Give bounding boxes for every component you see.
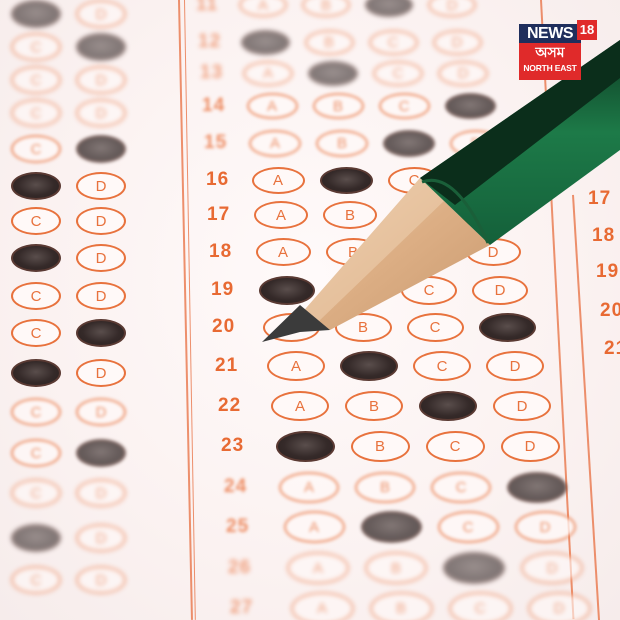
answer-bubble-d[interactable]: D <box>501 431 560 462</box>
answer-bubble-a[interactable]: A <box>287 552 349 584</box>
answer-bubble-c[interactable]: C <box>11 439 61 467</box>
answer-bubble-b[interactable]: B <box>335 313 392 342</box>
question-number: 12 <box>198 31 221 53</box>
answer-bubble-c[interactable]: C <box>11 359 61 387</box>
answer-bubble-a[interactable]: A <box>259 276 315 305</box>
answer-bubble-c[interactable]: C <box>431 472 491 503</box>
answer-bubble-b[interactable]: B <box>365 552 427 584</box>
question-number: 25 <box>226 516 249 538</box>
answer-bubble-c[interactable]: C <box>369 30 418 55</box>
answer-bubble-a[interactable]: A <box>267 351 325 381</box>
answer-bubble-b[interactable]: B <box>340 351 398 381</box>
answer-bubble-d[interactable]: D <box>486 351 544 381</box>
answer-bubble-c[interactable]: C <box>11 319 61 347</box>
answer-bubble-c[interactable]: C <box>449 592 512 620</box>
question-number: 13 <box>200 62 223 84</box>
answer-bubble-a[interactable]: A <box>249 130 301 157</box>
answer-bubble-c[interactable]: C <box>426 431 485 462</box>
answer-bubble-d[interactable]: D <box>528 592 591 620</box>
answer-bubble-c[interactable]: C <box>413 351 471 381</box>
answer-bubble-d[interactable]: D <box>76 282 126 310</box>
answer-bubble-d[interactable]: D <box>76 66 126 94</box>
answer-bubble-d[interactable]: D <box>450 130 502 157</box>
answer-bubble-a[interactable]: A <box>279 472 339 503</box>
answer-bubble-b[interactable]: B <box>326 238 381 266</box>
question-number: 19 <box>596 261 619 283</box>
answer-bubble-d[interactable]: D <box>433 30 482 55</box>
answer-bubble-c[interactable]: C <box>392 201 446 229</box>
logo-region-block: অসম NORTH EAST <box>519 43 581 80</box>
logo-script: অসম <box>519 43 581 61</box>
question-number: 16 <box>206 169 229 191</box>
answer-bubble-c[interactable]: C <box>11 207 61 235</box>
answer-bubble-d[interactable]: D <box>507 472 567 503</box>
logo-badge: 18 <box>577 20 597 40</box>
answer-bubble-d[interactable]: D <box>515 511 576 543</box>
answer-bubble-d[interactable]: D <box>76 359 126 387</box>
answer-bubble-d[interactable]: D <box>76 33 126 61</box>
question-number: 22 <box>218 395 241 417</box>
question-number: 23 <box>221 435 244 457</box>
logo-brand: NEWS <box>519 24 581 43</box>
answer-bubble-a[interactable]: A <box>276 431 335 462</box>
answer-bubble-d[interactable]: D <box>76 479 126 507</box>
question-number: 15 <box>204 132 227 154</box>
sheet-rule-line <box>572 195 600 620</box>
answer-bubble-c[interactable]: C <box>11 135 61 163</box>
answer-bubble-c[interactable]: C <box>11 524 61 552</box>
answer-sheet: 11ABCD12ABCD13ABCD14ABCD15ABCD16ABCD17AB… <box>0 0 620 620</box>
answer-bubble-b[interactable]: B <box>351 431 410 462</box>
answer-bubble-d[interactable]: D <box>76 207 126 235</box>
answer-bubble-d[interactable]: D <box>479 313 536 342</box>
answer-bubble-d[interactable]: D <box>76 439 126 467</box>
question-number: 18 <box>209 241 232 263</box>
answer-bubble-b[interactable]: B <box>316 130 368 157</box>
answer-bubble-c[interactable]: C <box>11 172 61 200</box>
answer-bubble-b[interactable]: B <box>355 472 415 503</box>
answer-bubble-d[interactable]: D <box>76 0 126 28</box>
answer-bubble-b[interactable]: B <box>370 592 433 620</box>
answer-bubble-d[interactable]: D <box>438 61 488 86</box>
answer-bubble-b[interactable]: B <box>313 93 364 119</box>
answer-bubble-a[interactable]: A <box>243 61 293 86</box>
answer-bubble-d[interactable]: D <box>445 93 496 119</box>
question-number: 17 <box>207 204 230 226</box>
answer-bubble-b[interactable]: B <box>308 61 358 86</box>
answer-bubble-c[interactable]: C <box>401 276 457 305</box>
answer-bubble-a[interactable]: A <box>291 592 354 620</box>
answer-bubble-a[interactable]: A <box>239 0 287 17</box>
answer-bubble-c[interactable]: C <box>388 167 441 194</box>
answer-bubble-d[interactable]: D <box>472 276 528 305</box>
answer-bubble-d[interactable]: D <box>456 167 509 194</box>
answer-bubble-d[interactable]: D <box>493 391 551 421</box>
question-number: 20 <box>600 300 620 322</box>
answer-bubble-c[interactable]: C <box>11 33 61 61</box>
answer-bubble-d[interactable]: D <box>76 172 126 200</box>
answer-bubble-c[interactable]: C <box>11 99 61 127</box>
answer-bubble-b[interactable]: B <box>345 391 403 421</box>
answer-bubble-d[interactable]: D <box>466 238 521 266</box>
answer-bubble-c[interactable]: C <box>407 313 464 342</box>
answer-bubble-c[interactable]: C <box>383 130 435 157</box>
answer-bubble-b[interactable]: B <box>320 167 373 194</box>
answer-bubble-d[interactable]: D <box>76 398 126 426</box>
answer-bubble-c[interactable]: C <box>11 66 61 94</box>
answer-bubble-b[interactable]: B <box>330 276 386 305</box>
answer-bubble-d[interactable]: D <box>76 319 126 347</box>
answer-bubble-c[interactable]: C <box>11 566 61 594</box>
question-number: 17 <box>588 188 611 210</box>
answer-bubble-d[interactable]: D <box>76 135 126 163</box>
answer-bubble-c[interactable]: C <box>443 552 505 584</box>
question-number: 20 <box>212 316 235 338</box>
answer-bubble-d[interactable]: D <box>461 201 515 229</box>
answer-bubble-b[interactable]: B <box>305 30 354 55</box>
answer-bubble-c[interactable]: C <box>379 93 430 119</box>
answer-bubble-b[interactable]: B <box>302 0 350 17</box>
answer-bubble-a[interactable]: A <box>252 167 305 194</box>
answer-bubble-c[interactable]: C <box>11 0 61 28</box>
question-number: 26 <box>228 557 251 579</box>
question-number: 11 <box>196 0 218 16</box>
answer-bubble-a[interactable]: A <box>284 511 345 543</box>
answer-bubble-d[interactable]: D <box>428 0 476 17</box>
answer-bubble-a[interactable]: A <box>256 238 311 266</box>
answer-bubble-c[interactable]: C <box>373 61 423 86</box>
question-number: 21 <box>604 338 620 360</box>
answer-bubble-c[interactable]: C <box>11 479 61 507</box>
answer-bubble-a[interactable]: A <box>241 30 290 55</box>
question-number: 14 <box>202 95 225 117</box>
answer-bubble-a[interactable]: A <box>263 313 320 342</box>
answer-bubble-d[interactable]: D <box>521 552 583 584</box>
question-number: 18 <box>592 225 615 247</box>
answer-bubble-a[interactable]: A <box>254 201 308 229</box>
answer-bubble-d[interactable]: D <box>76 566 126 594</box>
logo-region: NORTH EAST <box>519 61 581 75</box>
answer-bubble-c[interactable]: C <box>11 398 61 426</box>
answer-bubble-c[interactable]: C <box>11 244 61 272</box>
answer-bubble-d[interactable]: D <box>76 99 126 127</box>
answer-bubble-c[interactable]: C <box>438 511 499 543</box>
answer-bubble-c[interactable]: C <box>11 282 61 310</box>
question-number: 24 <box>224 476 247 498</box>
question-number: 21 <box>215 355 238 377</box>
photo-scene: 11ABCD12ABCD13ABCD14ABCD15ABCD16ABCD17AB… <box>0 0 620 620</box>
answer-bubble-c[interactable]: C <box>396 238 451 266</box>
question-number: 19 <box>211 279 234 301</box>
question-number: 27 <box>230 597 253 619</box>
answer-bubble-a[interactable]: A <box>247 93 298 119</box>
answer-bubble-b[interactable]: B <box>361 511 422 543</box>
answer-bubble-c[interactable]: C <box>419 391 477 421</box>
answer-bubble-d[interactable]: D <box>76 524 126 552</box>
answer-bubble-d[interactable]: D <box>76 244 126 272</box>
news18-logo: NEWS 18 অসম NORTH EAST <box>519 20 597 80</box>
answer-bubble-b[interactable]: B <box>323 201 377 229</box>
answer-bubble-a[interactable]: A <box>271 391 329 421</box>
answer-bubble-c[interactable]: C <box>365 0 413 17</box>
